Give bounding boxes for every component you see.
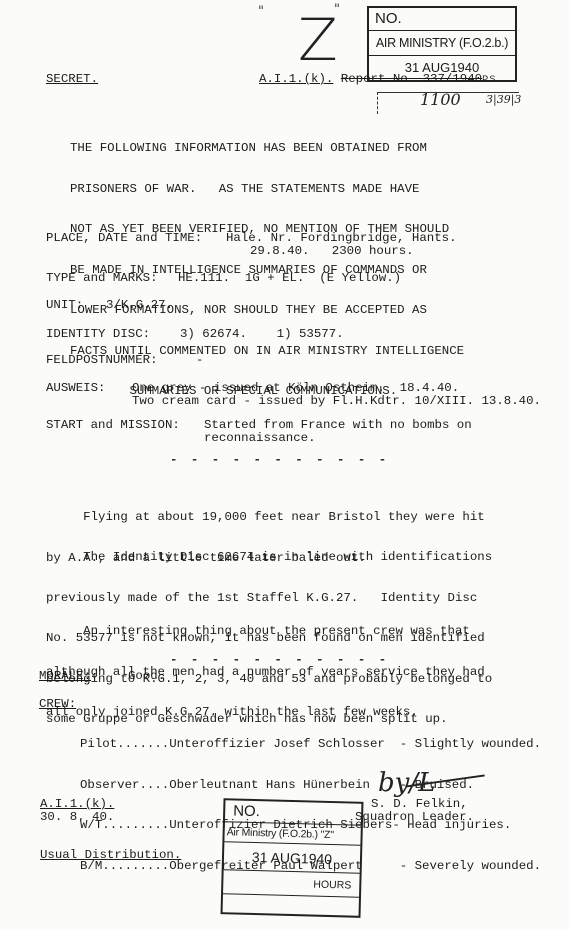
report-number: Report No. 337/1940 bbox=[341, 72, 482, 86]
narrative-line: The Identity Disc 62674 is in line with … bbox=[46, 551, 492, 565]
air-ministry-stamp-bottom: NO. Air Ministry (F.O.2b.) "Z" 31 AUG194… bbox=[221, 798, 364, 918]
air-ministry-stamp-top: NO. AIR MINISTRY (F.O.2.b.) 31 AUG1940 bbox=[367, 6, 517, 82]
start-mission-label: START and MISSION: bbox=[46, 418, 180, 432]
morale-value: Good. bbox=[128, 669, 165, 683]
report-prefix: A.I.1.(k). bbox=[259, 72, 333, 86]
feldpostnummer-label: FELDPOSTNUMMER: bbox=[46, 353, 158, 367]
signatory-name: S. D. Felkin, bbox=[371, 797, 468, 811]
classification-label: SECRET. bbox=[46, 72, 98, 86]
stamp-hours-label: HOURS bbox=[223, 870, 360, 898]
separator-dashes: - - - - - - - - - - - bbox=[170, 453, 389, 467]
handwritten-ref-number-2: 3|39|3 bbox=[486, 93, 521, 106]
signatory-rank: Squadron Leader. bbox=[355, 810, 474, 824]
date-time-value: 29.8.40. 2300 hours. bbox=[250, 244, 414, 258]
mission-value-1: Started from France with no bombs on bbox=[204, 418, 472, 432]
narrative-line: although all the men had a number of yea… bbox=[46, 666, 485, 680]
crew-member: Pilot.......Unteroffizier Josef Schlosse… bbox=[80, 738, 541, 752]
handwritten-letter: Z bbox=[298, 6, 338, 74]
identity-disc-value: 3) 62674. 1) 53577. bbox=[180, 327, 344, 341]
crew-role: Observer.... bbox=[80, 778, 169, 792]
crew-status: - Slightly wounded. bbox=[400, 737, 541, 751]
unit-label: UNIT: bbox=[46, 298, 83, 312]
morale-label: MORALE: bbox=[39, 669, 91, 683]
place-date-time-label: PLACE, DATE and TIME: bbox=[46, 231, 202, 245]
unit-value: 3/K.G.27. bbox=[106, 298, 173, 312]
narrative-line: An interesting thing about the present c… bbox=[46, 625, 485, 639]
report-reference: A.I.1.(k). Report No. 337/1940P.S bbox=[259, 72, 495, 86]
stamp-office: Air Ministry (F.O.2b.) "Z" bbox=[224, 822, 360, 846]
type-marks-value: HE.111. 1G + EL. (E Yellow.) bbox=[178, 271, 401, 285]
stamp-office: AIR MINISTRY (F.O.2.b.) bbox=[369, 31, 515, 56]
feldpostnummer-value: - bbox=[196, 353, 203, 367]
handwritten-ref-number: 1100 bbox=[420, 90, 461, 109]
footer-office: A.I.1.(k). bbox=[40, 797, 114, 811]
footer-date: 30. 8. 40. bbox=[40, 810, 114, 824]
stamp-no-label: NO. bbox=[369, 8, 515, 31]
crew-name: Oberleutnant Hans Hünerbein bbox=[169, 778, 392, 792]
crew-member: Observer....Oberleutnant Hans Hünerbein … bbox=[80, 779, 541, 793]
ausweis-value-2: Two cream card - issued by Fl.H.Kdtr. 10… bbox=[132, 394, 541, 408]
crew-status: - Severely wounded. bbox=[400, 859, 541, 873]
crew-label: CREW: bbox=[39, 697, 76, 711]
disclaimer-line: THE FOLLOWING INFORMATION HAS BEEN OBTAI… bbox=[70, 142, 464, 156]
mission-value-2: reconnaissance. bbox=[204, 431, 316, 445]
stamp-handwritten-ref: 1100 3|39|3 bbox=[377, 92, 519, 114]
distribution-label: Usual Distribution. bbox=[40, 848, 181, 862]
place-value: Hale. Nr. Fordingbridge, Hants. bbox=[226, 231, 457, 245]
ausweis-value-1: One grey - issued at Köln Ostheim. 18.4.… bbox=[132, 381, 459, 395]
type-marks-label: TYPE and MARKS: bbox=[46, 271, 158, 285]
handwritten-quote-close: " bbox=[334, 2, 340, 17]
report-suffix: P.S bbox=[482, 74, 495, 84]
ausweis-label: AUSWEIS: bbox=[46, 381, 106, 395]
handwritten-quote-open: " bbox=[258, 4, 264, 19]
crew-name: Unteroffizier Josef Schlosser bbox=[169, 737, 392, 751]
pow-disclaimer: THE FOLLOWING INFORMATION HAS BEEN OBTAI… bbox=[70, 115, 464, 412]
stamp-date: 31 AUG1940 bbox=[224, 842, 361, 874]
disclaimer-line: PRISONERS OF WAR. AS THE STATEMENTS MADE… bbox=[70, 183, 464, 197]
narrative-line: Flying at about 19,000 feet near Bristol… bbox=[46, 511, 485, 525]
identity-disc-label: IDENTITY DISC: bbox=[46, 327, 150, 341]
separator-dashes: - - - - - - - - - - - bbox=[170, 653, 389, 667]
crew-role: Pilot....... bbox=[80, 737, 169, 751]
